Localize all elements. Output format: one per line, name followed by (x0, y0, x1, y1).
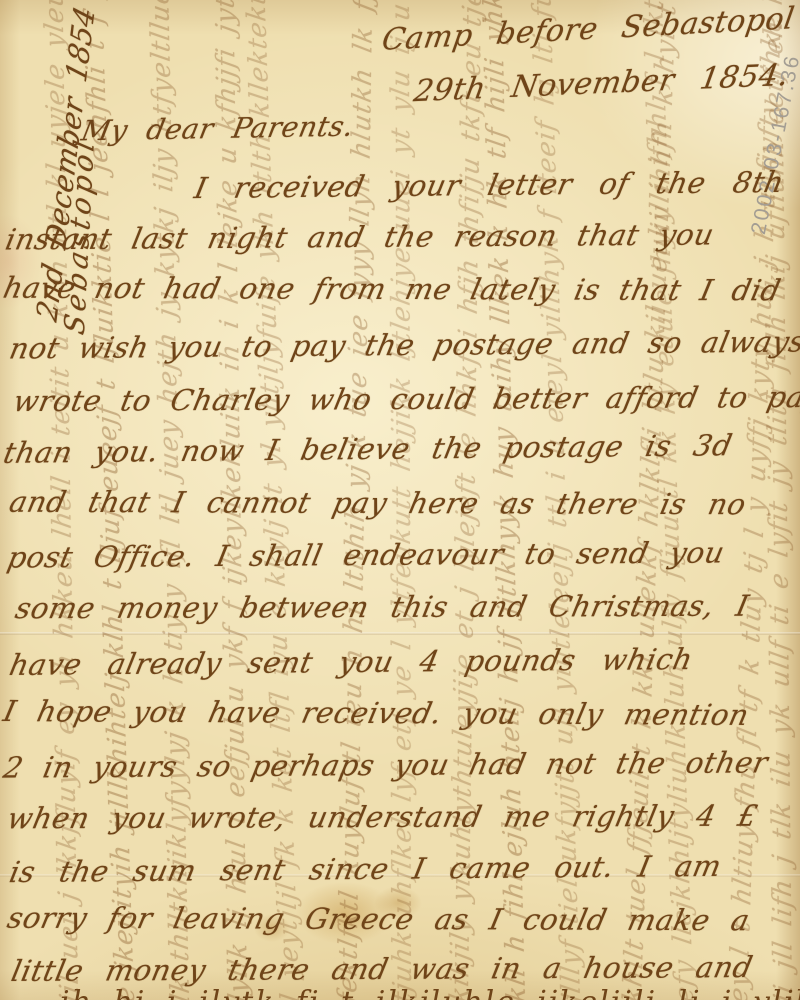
letter-body-line: and that I cannot pay here as there is n… (6, 485, 749, 522)
letter-body-line: is the sum sent since I came out. I am (7, 849, 725, 889)
letter-heading-date: 29th November 1854. (411, 58, 791, 110)
fold-crease (0, 632, 800, 635)
letter-body-line: when you wrote, understand me rightly 4 … (4, 799, 760, 836)
letter-body-line: have already sent you 4 pounds which (7, 642, 696, 682)
letter-body-line: instant last night and the reason that y… (3, 218, 718, 257)
letter-body-line: some money between this and Christmas, I (12, 589, 752, 626)
letter-body-line: wrote to Charley who could better afford… (10, 380, 800, 418)
letter-body-line: I received your letter of the 8th (192, 165, 788, 205)
letter-body-line: not wish you to pay the postage and so a… (7, 325, 800, 366)
letter-body-line: little money there and was in a house an… (8, 950, 755, 988)
letter-heading-place: Camp before Sebastopol (379, 1, 797, 58)
letter-body-line: post Office. I shall endeavour to send y… (5, 535, 728, 574)
letter-body-line: sorry for leaving Greece as I could make… (4, 901, 753, 938)
salutation: My dear Parents. (79, 110, 357, 148)
letter-body-line: I hope you have received. you only menti… (0, 694, 752, 732)
letter-body-line: 2 in yours so perhaps you had not the ot… (1, 745, 772, 784)
letter-body-line: have not had one from me lately is that … (0, 271, 784, 308)
cutoff-bottom-line: ih hi i ilytk fi t ilkjluhle jjkeliili l… (60, 985, 800, 1000)
letter-page: iil uei j lkkffluylf ey yh hkkeu lhell i… (0, 0, 800, 1000)
letter-body-line: than you. now I believe the postage is 3… (1, 428, 736, 470)
